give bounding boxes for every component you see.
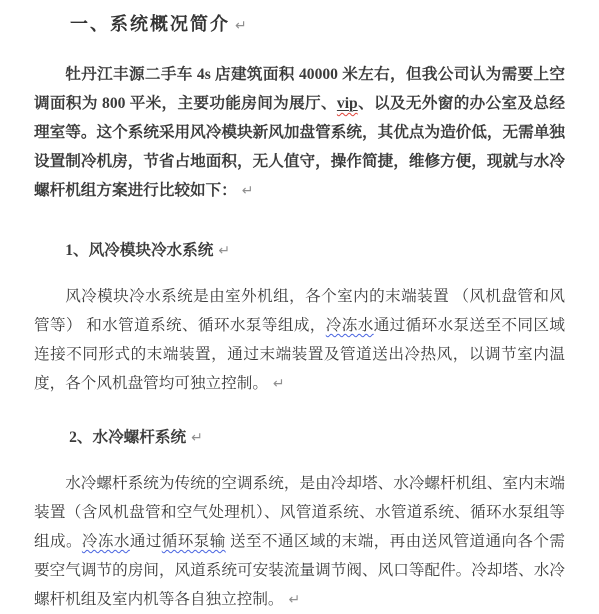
heading-air-cooled-system[interactable]: 1、风冷模块冷水系统↵	[34, 236, 565, 266]
paragraph-mark: ↵	[289, 592, 301, 608]
document-page[interactable]: 一、系统概况简介↵ 牡丹江丰源二手车 4s 店建筑面积 40000 米左右，但我…	[0, 0, 599, 614]
paragraph-mark: ↵	[242, 183, 254, 199]
section-title-text: 一、系统概况简介	[70, 14, 230, 34]
paragraph-mark: ↵	[235, 18, 249, 34]
air-cooled-system-paragraph[interactable]: 风冷模块冷水系统是由室外机组，各个室内的末端装置 （风机盘管和风管等） 和水管道…	[34, 282, 565, 399]
grammar-term-chilled-water: 冷冻水	[326, 317, 374, 334]
intro-paragraph[interactable]: 牡丹江丰源二手车 4s 店建筑面积 40000 米左右，但我公司认为需要上空调面…	[34, 60, 565, 206]
vip-term: vip	[337, 95, 358, 112]
section-title[interactable]: 一、系统概况简介↵	[34, 12, 565, 38]
heading-1-text: 1、风冷模块冷水系统	[65, 242, 213, 259]
grammar-term-chilled-water: 冷冻水	[82, 533, 130, 550]
paragraph-mark: ↵	[191, 430, 203, 446]
grammar-term-circulating-pump: 循环泵输	[162, 533, 226, 550]
heading-water-cooled-system[interactable]: 2、水冷螺杆系统↵	[34, 423, 565, 453]
paragraph-mark: ↵	[273, 376, 285, 392]
paragraph-mark: ↵	[218, 243, 230, 259]
water-cooled-system-paragraph[interactable]: 水冷螺杆系统为传统的空调系统，是由冷却塔、水冷螺杆机组、室内末端装置（含风机盘管…	[34, 469, 565, 614]
section2-text-2: 通过	[130, 533, 162, 550]
spellcheck-squiggle: vip	[337, 95, 358, 112]
heading-2-text: 2、水冷螺杆系统	[65, 429, 186, 446]
